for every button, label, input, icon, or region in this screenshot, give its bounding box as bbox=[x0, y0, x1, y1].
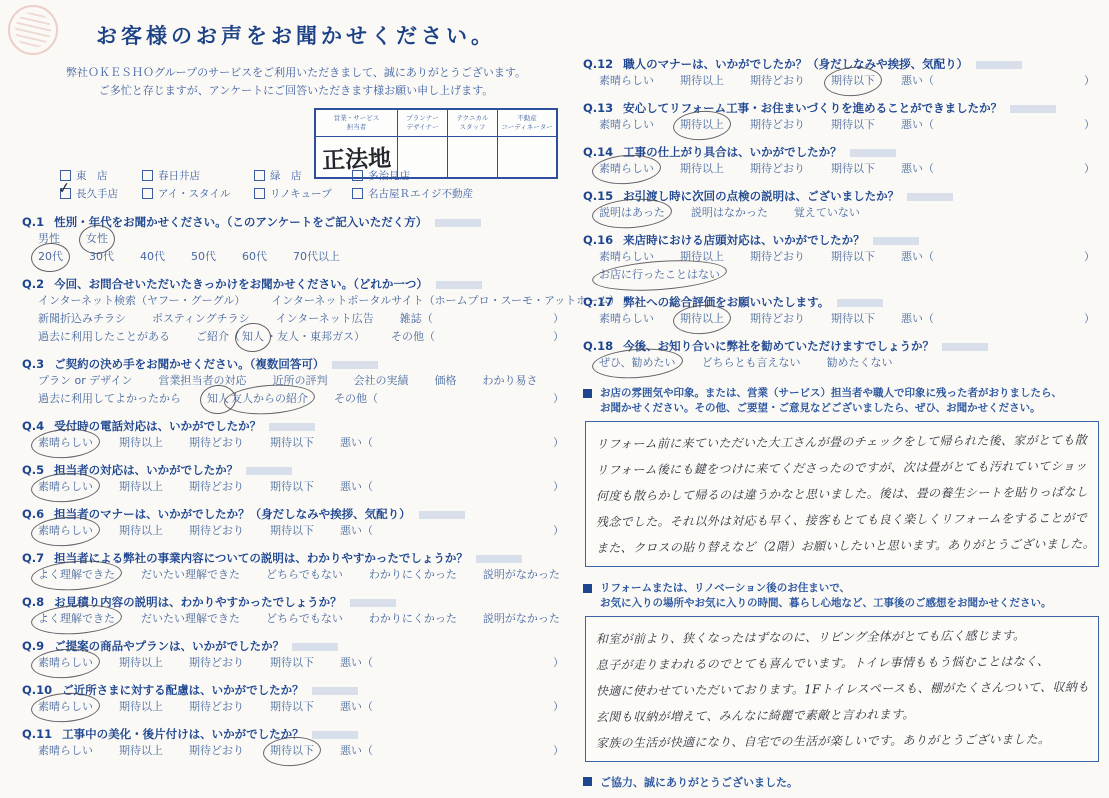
question-text: 工事の仕上がり具合は、いかがでしたか？ bbox=[623, 145, 842, 159]
option: だいたい理解できた bbox=[141, 566, 240, 584]
option: ） bbox=[553, 328, 564, 346]
option: インターネットポータルサイト（ホームプロ・スーモ・アットホーム） bbox=[271, 292, 620, 310]
handwritten-line: また、クロスの貼り替えなど（2階）お願いしたいと思います。ありがとうございました… bbox=[596, 531, 1088, 561]
question-text: 弊社への総合評価をお願いいたします。 bbox=[623, 295, 829, 309]
question-text: お引渡し時に次回の点検の説明は、ございましたか？ bbox=[623, 189, 899, 203]
option: 説明がなかった bbox=[483, 610, 560, 628]
question-header: Q.6担当者のマナーは、いかがでしたか？（身だしなみや挨拶、気配り） bbox=[22, 506, 570, 522]
highlight-smear bbox=[907, 193, 953, 201]
option-circled: 女性 bbox=[86, 230, 108, 248]
option: 期待どおり bbox=[189, 434, 244, 452]
options-row: 素晴らしい期待以上期待どおり期待以下悪い（） bbox=[583, 116, 1101, 134]
options-row: よく理解できただいたい理解できたどちらでもないわかりにくかった説明がなかった bbox=[22, 610, 570, 628]
options-row: インターネット検索（ヤフー・グーグル）インターネットポータルサイト（ホームプロ・… bbox=[22, 292, 570, 310]
question-number: Q.6 bbox=[22, 507, 44, 521]
question-q15: Q.15お引渡し時に次回の点検の説明は、ございましたか？説明はあった説明はなかっ… bbox=[583, 188, 1101, 222]
question-text: 今回、お問合せいただいたきっかけをお聞かせください。（どれか一つ） bbox=[54, 277, 428, 291]
option: 期待以下 bbox=[270, 434, 314, 452]
store-checkbox-checked: ✓長久手店 bbox=[60, 186, 142, 201]
options-row: 男性女性 bbox=[22, 230, 570, 248]
option: 素晴らしい bbox=[38, 742, 93, 760]
question-q3: Q.3ご契約の決め手をお聞かせください。（複数回答可）プラン or デザイン営業… bbox=[22, 356, 570, 408]
intro-line1: 弊社ＯＫＥＳＨＯグループのサービスをご利用いただきまして、誠にありがとうございま… bbox=[66, 66, 526, 79]
option: 期待以下 bbox=[270, 522, 314, 540]
option: 60代 bbox=[242, 248, 267, 266]
highlight-smear bbox=[419, 511, 465, 519]
option-circled: 素晴らしい bbox=[599, 160, 654, 178]
option: プラン or デザイン bbox=[38, 372, 132, 390]
option: 悪い（ bbox=[340, 742, 373, 760]
option: ） bbox=[553, 654, 564, 672]
right-column: Q.12職人のマナーは、いかがでしたか？（身だしなみや挨拶、気配り）素晴らしい期… bbox=[583, 0, 1101, 790]
option: 勧めたくない bbox=[827, 354, 893, 372]
checkbox-icon bbox=[352, 188, 363, 199]
option-circled: お店に行ったことはない bbox=[599, 266, 720, 284]
question-q10: Q.10ご近所さまに対する配慮は、いかがでしたか？素晴らしい期待以上期待どおり期… bbox=[22, 682, 570, 716]
option: ） bbox=[553, 742, 564, 760]
option: ご紹介（ bbox=[196, 328, 240, 346]
question-header: Q.9ご提案の商品やプランは、いかがでしたか？ bbox=[22, 638, 570, 654]
highlight-smear bbox=[873, 237, 919, 245]
option: 覚えていない bbox=[794, 204, 860, 222]
question-q9: Q.9ご提案の商品やプランは、いかがでしたか？素晴らしい期待以上期待どおり期待以… bbox=[22, 638, 570, 672]
comment-prompt: リフォームまたは、リノベーション後のお住まいで、 お気に入りの場所やお気に入りの… bbox=[583, 581, 1101, 610]
question-q18: Q.18今後、お知り合いに弊社を勧めていただけますでしょうか？ぜひ、勧めたいどち… bbox=[583, 338, 1101, 372]
option: 期待どおり bbox=[750, 310, 805, 328]
question-text: 来店時における店頭対応は、いかがでしたか？ bbox=[623, 233, 865, 247]
options-row: 新聞折込みチラシポスティングチラシインターネット広告雑誌（） bbox=[22, 310, 570, 328]
staff-column-header: 営業・サービス 担当者 bbox=[316, 110, 398, 137]
option: ） bbox=[553, 478, 564, 496]
option: ） bbox=[553, 698, 564, 716]
question-number: Q.4 bbox=[22, 419, 44, 433]
option: 期待以下 bbox=[270, 478, 314, 496]
option: ） bbox=[1084, 310, 1095, 328]
highlight-smear bbox=[435, 219, 481, 227]
options-row: 素晴らしい期待以上期待どおり期待以下悪い（） bbox=[583, 310, 1101, 328]
option: ） bbox=[1084, 116, 1095, 134]
highlight-smear bbox=[312, 687, 358, 695]
store-label: リノキューブ bbox=[270, 186, 332, 201]
highlight-smear bbox=[332, 361, 378, 369]
question-header: Q.17弊社への総合評価をお願いいたします。 bbox=[583, 294, 1101, 310]
option: インターネット検索（ヤフー・グーグル） bbox=[38, 292, 245, 310]
store-label: 春日井店 bbox=[158, 168, 200, 183]
question-q6: Q.6担当者のマナーは、いかがでしたか？（身だしなみや挨拶、気配り）素晴らしい期… bbox=[22, 506, 570, 540]
highlight-smear bbox=[350, 599, 396, 607]
question-q1: Q.1性別・年代をお聞かせください。（このアンケートをご記入いただく方）男性女性… bbox=[22, 214, 570, 266]
handwritten-comment-box: リフォーム前に来ていただいた大工さんが畳のチェックをして帰られた後、家がとても散… bbox=[585, 421, 1099, 567]
options-row: ぜひ、勧めたいどちらとも言えない勧めたくない bbox=[583, 354, 1101, 372]
option: 雑誌（ bbox=[400, 310, 433, 328]
option: どちらでもない bbox=[266, 566, 343, 584]
option: ） bbox=[553, 390, 564, 408]
store-label: 多治見店 bbox=[368, 168, 410, 183]
question-q16: Q.16来店時における店頭対応は、いかがでしたか？素晴らしい期待以上期待どおり期… bbox=[583, 232, 1101, 284]
option: 期待どおり bbox=[189, 742, 244, 760]
store-checkbox-item: アイ・スタイル bbox=[142, 186, 254, 201]
checkbox-icon bbox=[352, 170, 363, 181]
option: 期待以下 bbox=[831, 160, 875, 178]
option-circled: ぜひ、勧めたい bbox=[599, 354, 676, 372]
handwritten-checkmark-icon: ✓ bbox=[57, 178, 72, 198]
option: ） bbox=[1084, 160, 1095, 178]
question-number: Q.1 bbox=[22, 215, 44, 229]
checkbox-icon bbox=[254, 170, 265, 181]
store-checkbox-item: 東 店 bbox=[60, 168, 142, 183]
option-circled: 期待以上 bbox=[680, 310, 724, 328]
comment-section-1: お店の雰囲気や印象。または、営業（サービス）担当者や職人で印象に残った者がおりま… bbox=[583, 386, 1101, 567]
option: わかりにくかった bbox=[369, 610, 457, 628]
comment-prompt-text: お店の雰囲気や印象。または、営業（サービス）担当者や職人で印象に残った者がおりま… bbox=[600, 386, 1062, 415]
option: 期待以下 bbox=[831, 248, 875, 266]
store-label: 東 店 bbox=[76, 168, 108, 183]
option: 期待以上 bbox=[119, 434, 163, 452]
store-label: 緑 店 bbox=[270, 168, 302, 183]
highlight-smear bbox=[1010, 105, 1056, 113]
question-number: Q.3 bbox=[22, 357, 44, 371]
square-bullet-icon bbox=[583, 777, 592, 786]
option: 期待以上 bbox=[680, 160, 724, 178]
question-q7: Q.7担当者による弊社の事業内容についての説明は、わかりやすかったでしょうか？よ… bbox=[22, 550, 570, 584]
comment-section-2: リフォームまたは、リノベーション後のお住まいで、 お気に入りの場所やお気に入りの… bbox=[583, 581, 1101, 762]
option: 悪い（ bbox=[340, 654, 373, 672]
option: だいたい理解できた bbox=[141, 610, 240, 628]
option: 悪い（ bbox=[901, 160, 934, 178]
option: 期待以上 bbox=[680, 72, 724, 90]
option: 悪い（ bbox=[340, 478, 373, 496]
question-text: 工事中の美化・後片付けは、いかがでしたか？ bbox=[62, 727, 304, 741]
questions-right: Q.12職人のマナーは、いかがでしたか？（身だしなみや挨拶、気配り）素晴らしい期… bbox=[583, 54, 1101, 372]
store-checkbox-item: リノキューブ bbox=[254, 186, 352, 201]
comment-prompt-text: リフォームまたは、リノベーション後のお住まいで、 お気に入りの場所やお気に入りの… bbox=[600, 581, 1052, 610]
option: 悪い（ bbox=[901, 116, 934, 134]
option: 期待どおり bbox=[750, 116, 805, 134]
option: その他（ bbox=[334, 390, 378, 408]
option: 期待以下 bbox=[831, 310, 875, 328]
option: わかり易さ bbox=[482, 372, 537, 390]
square-bullet-icon bbox=[583, 389, 592, 398]
question-number: Q.8 bbox=[22, 595, 44, 609]
options-row: 20代30代40代50代60代70代以上 bbox=[22, 248, 570, 266]
options-row: 素晴らしい期待以上期待どおり期待以下悪い（） bbox=[583, 72, 1101, 90]
option: わかりにくかった bbox=[369, 566, 457, 584]
question-q4: Q.4受付時の電話対応は、いかがでしたか？素晴らしい期待以上期待どおり期待以下悪… bbox=[22, 418, 570, 452]
staff-column-header: 不動産 コーディネーター bbox=[498, 110, 556, 137]
option: 30代 bbox=[89, 248, 114, 266]
option: 悪い（ bbox=[340, 698, 373, 716]
question-number: Q.5 bbox=[22, 463, 44, 477]
question-header: Q.16来店時における店頭対応は、いかがでしたか？ bbox=[583, 232, 1101, 248]
option: 価格 bbox=[434, 372, 456, 390]
highlight-smear bbox=[476, 555, 522, 563]
question-text: 担当者による弊社の事業内容についての説明は、わかりやすかったでしょうか？ bbox=[54, 551, 468, 565]
option: 40代 bbox=[140, 248, 165, 266]
footer: ご協力、誠にありがとうございました。 bbox=[583, 774, 1101, 790]
question-number: Q.16 bbox=[583, 233, 613, 247]
square-bullet-icon bbox=[583, 584, 592, 593]
store-checkbox-item: 多治見店 bbox=[352, 168, 522, 183]
options-row: よく理解できただいたい理解できたどちらでもないわかりにくかった説明がなかった bbox=[22, 566, 570, 584]
question-text: 安心してリフォーム工事・お住まいづくりを進めることができましたか？ bbox=[623, 101, 1002, 115]
options-row: 素晴らしい期待以上期待どおり期待以下悪い（） bbox=[22, 654, 570, 672]
form-header: お客様のお声をお聞かせください。 弊社ＯＫＥＳＨＯグループのサービスをご利用いた… bbox=[22, 20, 570, 212]
highlight-smear bbox=[269, 423, 315, 431]
staff-column-header: テクニカル スタッフ bbox=[448, 110, 498, 137]
highlight-smear bbox=[436, 281, 482, 289]
question-number: Q.13 bbox=[583, 101, 613, 115]
option-circled: 期待以下 bbox=[270, 742, 314, 760]
option-circled: よく理解できた bbox=[38, 566, 115, 584]
question-number: Q.17 bbox=[583, 295, 613, 309]
option: どちらとも言えない bbox=[702, 354, 801, 372]
highlight-smear bbox=[292, 643, 338, 651]
option-circled: 期待以上 bbox=[680, 116, 724, 134]
handwritten-comment-box: 和室が前より、狭くなったはずなのに、リビング全体がとても広く感じます。息子が走り… bbox=[585, 616, 1099, 762]
option: 期待どおり bbox=[189, 698, 244, 716]
option: 悪い（ bbox=[901, 248, 934, 266]
question-text: 職人のマナーは、いかがでしたか？（身だしなみや挨拶、気配り） bbox=[623, 57, 968, 71]
footer-text: ご協力、誠にありがとうございました。 bbox=[600, 774, 798, 790]
option: 期待以上 bbox=[119, 698, 163, 716]
question-header: Q.13安心してリフォーム工事・お住まいづくりを進めることができましたか？ bbox=[583, 100, 1101, 116]
options-row: 素晴らしい期待以上期待どおり期待以下悪い（） bbox=[22, 522, 570, 540]
option-circled: 素晴らしい bbox=[38, 522, 93, 540]
option: その他（ bbox=[391, 328, 435, 346]
intro-line2: ご多忙と存じますが、アンケートにご回答いただきます様お願い申し上げます。 bbox=[99, 84, 493, 97]
question-header: Q.2今回、お問合せいただいたきっかけをお聞かせください。（どれか一つ） bbox=[22, 276, 570, 292]
question-header: Q.14工事の仕上がり具合は、いかがでしたか？ bbox=[583, 144, 1101, 160]
option: 説明がなかった bbox=[483, 566, 560, 584]
highlight-smear bbox=[246, 467, 292, 475]
option: 期待どおり bbox=[189, 522, 244, 540]
option: 期待以下 bbox=[831, 116, 875, 134]
options-row: 素晴らしい期待以上期待どおり期待以下悪い（） bbox=[22, 478, 570, 496]
handwritten-line: 家族の生活が快適になり、自宅での生活が楽しいです。ありがとうございました。 bbox=[596, 726, 1088, 756]
option: 悪い（ bbox=[340, 522, 373, 540]
option: 会社の実績 bbox=[353, 372, 408, 390]
store-checkbox-group: 東 店春日井店緑 店多治見店✓長久手店アイ・スタイルリノキューブ名古屋Ｒエイジ不… bbox=[60, 168, 522, 201]
questions-left: Q.1性別・年代をお聞かせください。（このアンケートをご記入いただく方）男性女性… bbox=[22, 212, 570, 760]
option: 悪い（ bbox=[340, 434, 373, 452]
option: 期待以上 bbox=[119, 478, 163, 496]
checkbox-icon bbox=[142, 170, 153, 181]
option-circled: 素晴らしい bbox=[38, 478, 93, 496]
option: どちらでもない bbox=[266, 610, 343, 628]
options-row: 素晴らしい期待以上期待どおり期待以下悪い（） bbox=[583, 160, 1101, 178]
option: ） bbox=[553, 522, 564, 540]
question-q14: Q.14工事の仕上がり具合は、いかがでしたか？素晴らしい期待以上期待どおり期待以… bbox=[583, 144, 1101, 178]
question-header: Q.3ご契約の決め手をお聞かせください。（複数回答可） bbox=[22, 356, 570, 372]
highlight-smear bbox=[312, 731, 358, 739]
question-text: 担当者のマナーは、いかがでしたか？（身だしなみや挨拶、気配り） bbox=[54, 507, 411, 521]
option: ） bbox=[553, 434, 564, 452]
question-number: Q.9 bbox=[22, 639, 44, 653]
options-row: 過去に利用してよかったから知人友人からの紹介その他（） bbox=[22, 390, 570, 408]
options-row: 素晴らしい期待以上期待どおり期待以下悪い（） bbox=[22, 434, 570, 452]
option-circled: 素晴らしい bbox=[38, 434, 93, 452]
question-q17: Q.17弊社への総合評価をお願いいたします。素晴らしい期待以上期待どおり期待以下… bbox=[583, 294, 1101, 328]
option: 期待以下 bbox=[270, 698, 314, 716]
question-q5: Q.5担当者の対応は、いかがでしたか？素晴らしい期待以上期待どおり期待以下悪い（… bbox=[22, 462, 570, 496]
highlight-smear bbox=[850, 149, 896, 157]
options-row: 素晴らしい期待以上期待どおり期待以下悪い（） bbox=[22, 698, 570, 716]
option: 期待以上 bbox=[119, 742, 163, 760]
checkbox-icon bbox=[254, 188, 265, 199]
option: 過去に利用したことがある bbox=[38, 328, 170, 346]
highlight-smear bbox=[942, 343, 988, 351]
option: 期待以下 bbox=[270, 654, 314, 672]
question-text: ご契約の決め手をお聞かせください。（複数回答可） bbox=[54, 357, 324, 371]
question-number: Q.7 bbox=[22, 551, 44, 565]
store-checkbox-item: 緑 店 bbox=[254, 168, 352, 183]
option: ） bbox=[1084, 248, 1095, 266]
page-title: お客様のお声をお聞かせください。 bbox=[22, 20, 570, 50]
comment-sections: お店の雰囲気や印象。または、営業（サービス）担当者や職人で印象に残った者がおりま… bbox=[583, 386, 1101, 762]
option: 期待どおり bbox=[750, 72, 805, 90]
option: 期待どおり bbox=[189, 478, 244, 496]
option-circled: 期待以下 bbox=[831, 72, 875, 90]
options-row: 過去に利用したことがあるご紹介（知人・友人・東邦ガス）その他（） bbox=[22, 328, 570, 346]
store-checkbox-item: 名古屋Ｒエイジ不動産 bbox=[352, 186, 522, 201]
question-number: Q.18 bbox=[583, 339, 613, 353]
option-circled: 20代 bbox=[38, 248, 63, 266]
option: 期待どおり bbox=[189, 654, 244, 672]
option: ） bbox=[553, 310, 564, 328]
option: インターネット広告 bbox=[276, 310, 374, 328]
option: 期待どおり bbox=[750, 160, 805, 178]
option-circled: 素晴らしい bbox=[38, 698, 93, 716]
question-q2: Q.2今回、お問合せいただいたきっかけをお聞かせください。（どれか一つ）インター… bbox=[22, 276, 570, 346]
store-label: アイ・スタイル bbox=[158, 186, 230, 201]
checkbox-icon bbox=[142, 188, 153, 199]
question-header: Q.5担当者の対応は、いかがでしたか？ bbox=[22, 462, 570, 478]
option-circled: 知人 bbox=[242, 328, 264, 346]
question-q11: Q.11工事中の美化・後片付けは、いかがでしたか？素晴らしい期待以上期待どおり期… bbox=[22, 726, 570, 760]
option: 過去に利用してよかったから bbox=[38, 390, 181, 408]
comment-prompt: お店の雰囲気や印象。または、営業（サービス）担当者や職人で印象に残った者がおりま… bbox=[583, 386, 1101, 415]
option-circled: よく理解できた bbox=[38, 610, 115, 628]
options-row: お店に行ったことはない bbox=[583, 266, 1101, 284]
option: ・友人・東邦ガス） bbox=[266, 328, 365, 346]
intro-text: 弊社ＯＫＥＳＨＯグループのサービスをご利用いただきまして、誠にありがとうございま… bbox=[22, 64, 570, 100]
option: ） bbox=[1084, 72, 1095, 90]
question-text: ご近所さまに対する配慮は、いかがでしたか？ bbox=[62, 683, 304, 697]
options-row: 素晴らしい期待以上期待どおり期待以下悪い（） bbox=[22, 742, 570, 760]
question-number: Q.11 bbox=[22, 727, 52, 741]
option: 悪い（ bbox=[901, 72, 934, 90]
store-label: 名古屋Ｒエイジ不動産 bbox=[368, 186, 473, 201]
option: ポスティングチラシ bbox=[152, 310, 250, 328]
option-circled: 説明はあった bbox=[599, 204, 665, 222]
option: 説明はなかった bbox=[691, 204, 768, 222]
option: 70代以上 bbox=[293, 248, 340, 266]
option: 悪い（ bbox=[901, 310, 934, 328]
question-q13: Q.13安心してリフォーム工事・お住まいづくりを進めることができましたか？素晴ら… bbox=[583, 100, 1101, 134]
left-column: お客様のお声をお聞かせください。 弊社ＯＫＥＳＨＯグループのサービスをご利用いた… bbox=[22, 0, 570, 770]
staff-column-header: プランナー デザイナー bbox=[398, 110, 448, 137]
highlight-smear bbox=[976, 61, 1022, 69]
option: 素晴らしい bbox=[599, 116, 654, 134]
question-text: 性別・年代をお聞かせください。（このアンケートをご記入いただく方） bbox=[54, 215, 427, 229]
store-label: 長久手店 bbox=[76, 186, 118, 201]
option: 期待以上 bbox=[119, 522, 163, 540]
option: 素晴らしい bbox=[599, 310, 654, 328]
question-number: Q.12 bbox=[583, 57, 613, 71]
question-header: Q.4受付時の電話対応は、いかがでしたか？ bbox=[22, 418, 570, 434]
question-header: Q.10ご近所さまに対する配慮は、いかがでしたか？ bbox=[22, 682, 570, 698]
option: 50代 bbox=[191, 248, 216, 266]
option-circled: 友人からの紹介 bbox=[231, 390, 308, 408]
store-checkbox-item: 春日井店 bbox=[142, 168, 254, 183]
question-q8: Q.8お見積り内容の説明は、わかりやすかったでしょうか？よく理解できただいたい理… bbox=[22, 594, 570, 628]
option-circled: 素晴らしい bbox=[38, 654, 93, 672]
option: 営業担当者の対応 bbox=[158, 372, 246, 390]
question-number: Q.15 bbox=[583, 189, 613, 203]
question-number: Q.2 bbox=[22, 277, 44, 291]
option: 期待以上 bbox=[119, 654, 163, 672]
highlight-smear bbox=[837, 299, 883, 307]
question-q12: Q.12職人のマナーは、いかがでしたか？（身だしなみや挨拶、気配り）素晴らしい期… bbox=[583, 56, 1101, 90]
option: 素晴らしい bbox=[599, 72, 654, 90]
option: 新聞折込みチラシ bbox=[38, 310, 126, 328]
options-row: 説明はあった説明はなかった覚えていない bbox=[583, 204, 1101, 222]
option: 期待どおり bbox=[750, 248, 805, 266]
